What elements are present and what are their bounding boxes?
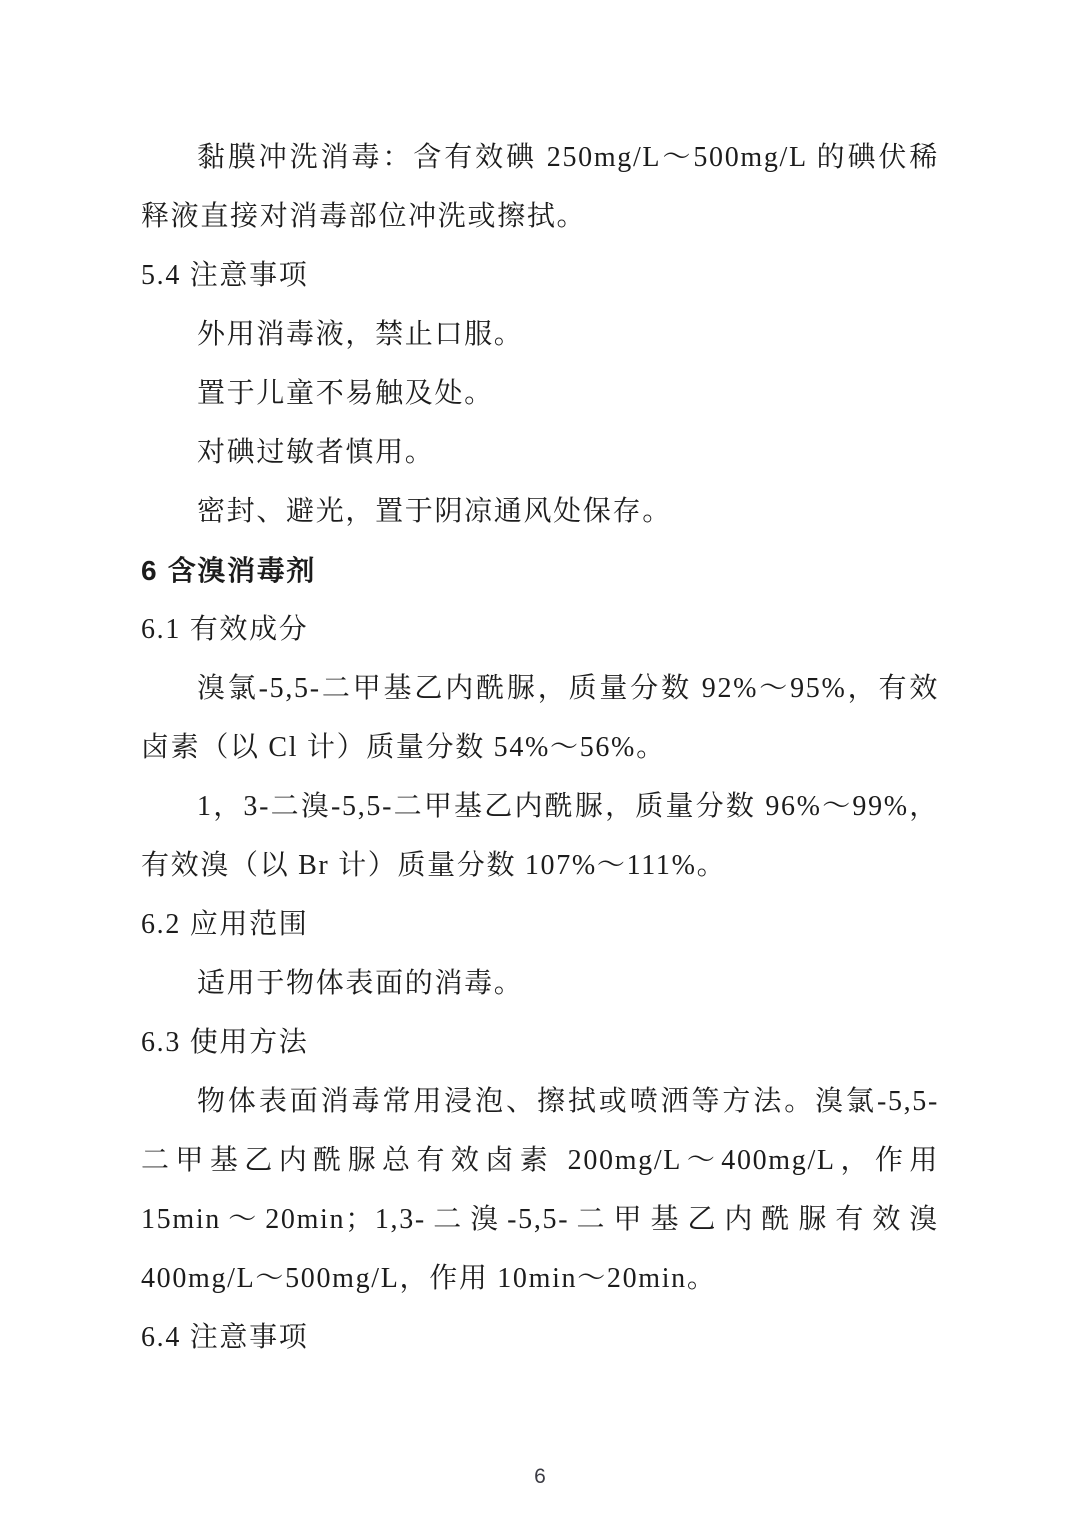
para-mucosa-rinse-disinfection: 黏膜冲洗消毒：含有效碘 250mg/L～500mg/L 的碘伏稀释液直接对消毒部…: [141, 128, 939, 246]
para-keep-from-children: 置于儿童不易触及处。: [141, 364, 939, 423]
para-bcdmh-composition: 溴氯-5,5-二甲基乙内酰脲，质量分数 92%～95%，有效卤素（以 Cl 计）…: [141, 659, 939, 777]
page-number: 6: [0, 1465, 1080, 1489]
heading-6-1-active-ingredients: 6.1 有效成分: [141, 600, 939, 659]
heading-6-4-precautions: 6.4 注意事项: [141, 1308, 939, 1367]
heading-6-bromine-disinfectants: 6 含溴消毒剂: [141, 541, 939, 600]
para-iodine-allergy-caution: 对碘过敏者慎用。: [141, 423, 939, 482]
para-storage-instructions: 密封、避光，置于阴凉通风处保存。: [141, 482, 939, 541]
heading-6-2-application-scope: 6.2 应用范围: [141, 895, 939, 954]
para-usage-method-details: 物体表面消毒常用浸泡、擦拭或喷洒等方法。溴氯-5,5-二甲基乙内酰脲总有效卤素 …: [141, 1072, 939, 1308]
document-content: 黏膜冲洗消毒：含有效碘 250mg/L～500mg/L 的碘伏稀释液直接对消毒部…: [141, 128, 939, 1367]
heading-5-4-precautions: 5.4 注意事项: [141, 246, 939, 305]
document-page: 黏膜冲洗消毒：含有效碘 250mg/L～500mg/L 的碘伏稀释液直接对消毒部…: [0, 0, 1080, 1527]
para-dbdmh-composition: 1，3-二溴-5,5-二甲基乙内酰脲，质量分数 96%～99%，有效溴（以 Br…: [141, 777, 939, 895]
para-external-use-only: 外用消毒液，禁止口服。: [141, 305, 939, 364]
para-application-surface: 适用于物体表面的消毒。: [141, 954, 939, 1013]
heading-6-3-usage-method: 6.3 使用方法: [141, 1013, 939, 1072]
